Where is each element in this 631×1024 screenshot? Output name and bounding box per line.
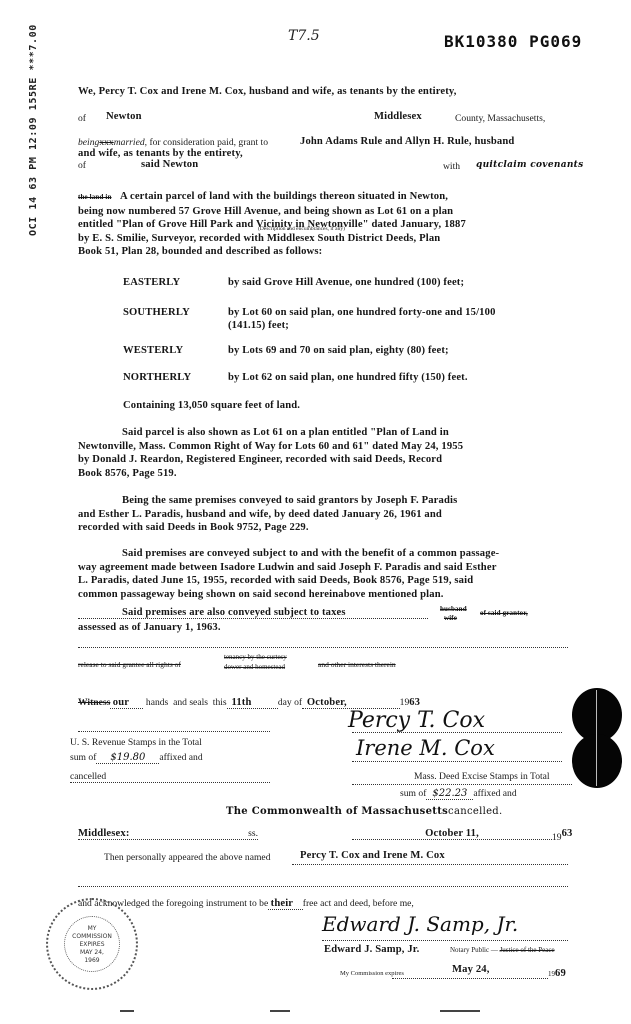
struck-dower: dower and homestead (224, 663, 285, 671)
us-stamps-label: U. S. Revenue Stamps in the Total (70, 737, 202, 748)
boundary-direction: EASTERLY (123, 277, 218, 288)
us-stamp-line (78, 731, 270, 732)
description-line-1: being now numbered 57 Grove Hill Avenue,… (78, 205, 466, 219)
description-block: the land in A certain parcel of land wit… (78, 190, 466, 259)
county-suffix: County, Massachusetts, (455, 113, 545, 124)
scan-mark (120, 1010, 134, 1012)
commission-year: 1969 (548, 968, 566, 979)
us-stamps-sum: sum of$19.80affixed and (70, 752, 203, 763)
blank-line (78, 886, 568, 887)
struck-release-clause: release to said grantee all rights of (78, 660, 181, 669)
struck-other-interests: and other interests therein (318, 660, 396, 669)
taxes-struck-grantor: of said grantor, (480, 609, 528, 617)
also-shown-paragraph: Said parcel is also shown as Lot 61 on a… (78, 426, 463, 480)
appeared-names: Percy T. Cox and Irene M. Cox (300, 850, 445, 861)
signature-line-2 (352, 761, 562, 762)
seal-bottom (572, 734, 622, 788)
signature-line-1 (352, 732, 562, 733)
form-caption: (Description and encumbrances, if any) (258, 226, 345, 232)
commonwealth-heading: The Commonwealth of Massachusettscancell… (226, 806, 502, 817)
notary-name: Edward J. Samp, Jr. (324, 944, 419, 955)
covenants: quitclaim covenants (476, 160, 584, 170)
containing-area: Containing 13,050 square feet of land. (123, 400, 300, 411)
struck-curtesy: tenancy by the curtesy (224, 653, 287, 661)
hands-label: hands (146, 697, 168, 708)
boundary-direction: WESTERLY (123, 345, 218, 356)
ack-their: their (271, 898, 294, 909)
this-label: this (213, 697, 227, 708)
mass-stamps-cancelled: cancelled. (448, 806, 502, 817)
boundary-text: by Lots 69 and 70 on said plan, eighty (… (228, 345, 449, 356)
consideration-line: beingxxxmarried, for consideration paid,… (78, 137, 268, 148)
ack-county: Middlesex: ss. (78, 828, 258, 840)
taxes-assessed: assessed as of January 1, 1963. (78, 622, 221, 633)
appeared-line (292, 864, 568, 865)
grantee-town: said Newton (141, 159, 198, 170)
us-stamps-cancelled: cancelled (70, 771, 270, 783)
notary-seal-inner: MY COMMISSION EXPIRES MAY 24, 1969 (64, 916, 120, 972)
commission-label: My Commission expires (340, 970, 404, 977)
taxes-struck-wife: wife (444, 614, 457, 622)
description-line-4: Book 51, Plan 28, bounded and described … (78, 245, 466, 259)
taxes-struck-husband: husband (440, 605, 467, 613)
day-of-label: day of (278, 697, 302, 708)
witness-label: Witness (78, 697, 110, 708)
boundary-text: by Lot 62 on said plan, one hundred fift… (228, 372, 468, 383)
grantees-continued: and wife, as tenants by the entirety, (78, 148, 243, 159)
notary-signature-line (322, 940, 568, 941)
boundary-text: by Lot 60 on said plan, one hundred fort… (228, 307, 496, 318)
scan-mark (270, 1010, 290, 1012)
book-page-number: BK10380 PG069 (444, 32, 582, 51)
consideration-text: for consideration paid, grant to (149, 137, 268, 148)
boundary-direction: NORTHERLY (123, 372, 218, 383)
acknowledged-line: and acknowledged the foregoing instrumen… (78, 898, 414, 909)
being-label: being (78, 137, 99, 148)
signature-percy: Percy T. Cox (348, 708, 485, 733)
same-premises-paragraph: Being the same premises conveyed to said… (78, 494, 457, 535)
seals-label: and seals (173, 697, 208, 708)
witness-our: our (113, 697, 129, 708)
notary-title: Notary Public — Justice of the Peace (450, 946, 555, 954)
witness-line: Witness our hands and seals this 11th da… (78, 697, 568, 708)
seal-divider (596, 690, 597, 786)
mass-stamp-line (352, 784, 572, 785)
witness-day: 11th (231, 697, 251, 708)
signature-irene: Irene M. Cox (356, 736, 495, 760)
appeared-label: Then personally appeared the above named (104, 852, 271, 863)
grantees: John Adams Rule and Allyn H. Rule, husba… (300, 136, 514, 147)
with-label: with (443, 161, 460, 172)
mass-stamps-sum: sum of$22.23affixed and (400, 788, 517, 799)
mass-stamps-label: Mass. Deed Excise Stamps in Total (414, 771, 550, 782)
commission-date: May 24, (452, 964, 490, 975)
passageway-paragraph: Said premises are conveyed subject to an… (78, 547, 499, 601)
married-label: married, (114, 137, 147, 148)
us-stamps-value: $19.80 (96, 752, 159, 764)
ack-date: October 11, (352, 828, 552, 840)
commission-line (392, 978, 548, 979)
description-line-3: by E. S. Smilie, Surveyor, recorded with… (78, 232, 466, 246)
notary-signature: Edward J. Samp, Jr. (322, 912, 518, 936)
witness-year: 63 (409, 697, 420, 708)
divider (78, 647, 568, 648)
scan-mark (440, 1010, 480, 1012)
mass-stamps-value: $22.23 (426, 788, 473, 800)
witness-month: October, (307, 697, 347, 708)
ack-year: 1963 (552, 828, 573, 843)
struck-prefix: the land in (78, 193, 112, 201)
of-label-2: of (78, 160, 86, 171)
notary-seal: MY COMMISSION EXPIRES MAY 24, 1969 (46, 898, 138, 990)
description-line-0: the land in A certain parcel of land wit… (78, 190, 466, 205)
of-label: of (78, 113, 86, 124)
grantor-county: Middlesex (374, 111, 422, 122)
grantor-line: We, Percy T. Cox and Irene M. Cox, husba… (78, 86, 457, 97)
grantor-town: Newton (106, 111, 142, 122)
taxes-line: Said premises are also conveyed subject … (78, 607, 428, 619)
boundary-text: by said Grove Hill Avenue, one hundred (… (228, 277, 464, 288)
boundary-text-cont: (141.15) feet; (228, 320, 289, 331)
boundary-direction: SOUTHERLY (123, 307, 218, 318)
recording-stamp: OCI 14 63 PM 12:09 155RE ***7.00 (28, 24, 39, 236)
being-struck: xxx (99, 137, 113, 148)
handwritten-note: T7.5 (288, 28, 320, 44)
